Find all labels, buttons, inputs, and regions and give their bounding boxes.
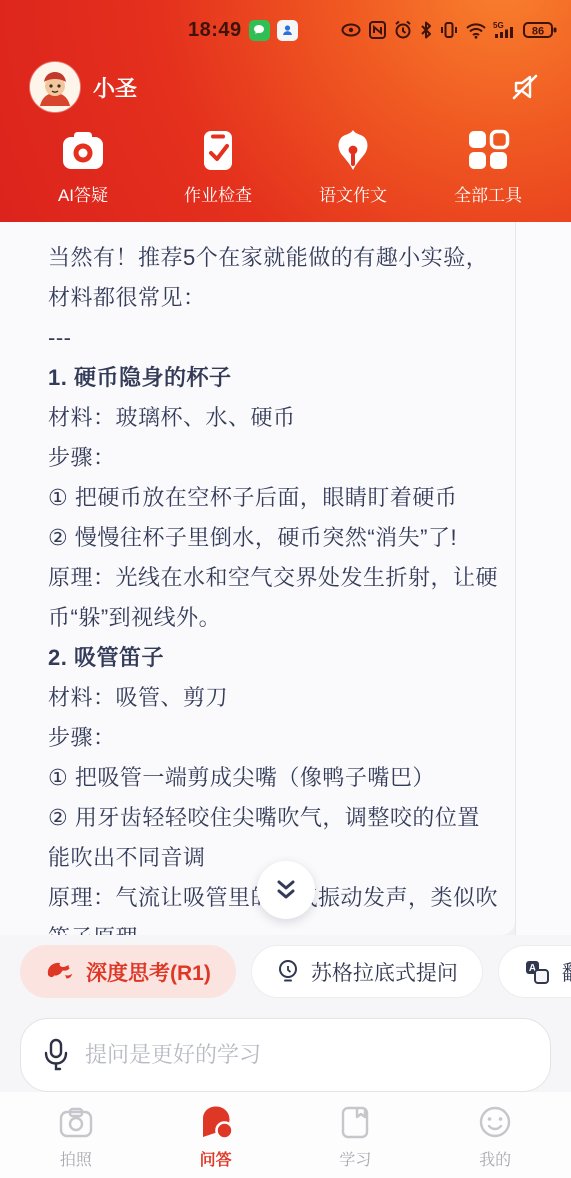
tool-chinese-essay[interactable]: 语文作文 (310, 126, 396, 206)
status-left: 18:49 (188, 19, 298, 42)
assistant-message: 当然有！推荐5个在家就能做的有趣小实验，材料都很常见：---1. 硬币隐身的杯子… (0, 222, 515, 935)
chip-label: 深度思考(R1) (86, 957, 211, 987)
message-paragraph: 材料：吸管、剪刀 (48, 678, 501, 718)
double-chevron-down-icon (271, 875, 301, 905)
nfc-icon (368, 20, 387, 40)
tool-all-tools[interactable]: 全部工具 (445, 126, 531, 206)
tool-label: 作业检查 (184, 181, 252, 206)
chat-bubble-tab-icon (196, 1102, 236, 1142)
tool-label: AI答疑 (58, 181, 108, 206)
message-paragraph: 材料：玻璃杯、水、硬币 (48, 398, 501, 438)
clipboard-check-icon (198, 126, 238, 172)
translate-chip[interactable]: A 翻译 (498, 945, 571, 998)
vibrate-icon (439, 20, 459, 40)
quick-actions-row: 深度思考(R1) 苏格拉底式提问 A 翻译 (0, 945, 571, 998)
chip-label: 翻译 (562, 957, 571, 987)
page-background (516, 222, 571, 935)
battery-icon: 86 (523, 20, 557, 40)
profile-row: 小圣 (0, 50, 571, 112)
message-paragraph: 原理：光线在水和空气交界处发生折射，让硬币“躲”到视线外。 (48, 558, 501, 638)
wechat-notification-icon (249, 20, 270, 41)
tab-qa[interactable]: 问答 (146, 1102, 286, 1170)
tab-profile[interactable]: 我的 (425, 1102, 565, 1170)
bluetooth-icon (419, 20, 433, 40)
tab-label: 问答 (200, 1147, 232, 1170)
username[interactable]: 小圣 (93, 72, 137, 103)
message-paragraph: ① 把吸管一端剪成尖嘴（像鸭子嘴巴） (48, 758, 501, 798)
tab-label: 拍照 (60, 1147, 92, 1170)
scroll-to-bottom-button[interactable] (257, 861, 315, 919)
bottom-panel: 深度思考(R1) 苏格拉底式提问 A 翻译 拍照 问答 (0, 935, 571, 1178)
tools-row: AI答疑 作业检查 语文作文 全部工具 (0, 112, 571, 206)
mute-speaker-icon[interactable] (507, 69, 543, 105)
alarm-icon (393, 20, 413, 40)
message-paragraph: ② 慢慢往杯子里倒水，硬币突然“消失”了! (48, 518, 501, 558)
camera-tab-icon (56, 1102, 96, 1142)
svg-text:86: 86 (532, 26, 544, 38)
tab-bar: 拍照 问答 学习 我的 (0, 1092, 571, 1178)
svg-text:5G: 5G (493, 21, 504, 30)
tool-homework-check[interactable]: 作业检查 (175, 126, 261, 206)
lightbulb-icon (276, 958, 300, 986)
grid-icon (466, 126, 510, 172)
clock: 18:49 (188, 19, 242, 42)
microphone-icon[interactable] (41, 1038, 71, 1072)
avatar[interactable] (30, 62, 80, 112)
tool-ai-answer[interactable]: AI答疑 (40, 126, 126, 206)
translate-icon: A (523, 958, 551, 986)
status-right: 5G 86 (340, 20, 557, 40)
message-paragraph: 步骤： (48, 718, 501, 758)
tab-study[interactable]: 学习 (286, 1102, 426, 1170)
socratic-question-chip[interactable]: 苏格拉底式提问 (251, 945, 483, 998)
question-input[interactable] (85, 1042, 530, 1068)
question-input-bar[interactable] (20, 1018, 551, 1092)
whale-icon (45, 960, 75, 984)
wifi-icon (465, 20, 487, 40)
tab-label: 我的 (479, 1147, 511, 1170)
signal-5g-icon: 5G (493, 20, 517, 40)
app-notification-icon (277, 20, 298, 41)
header: 18:49 5G 86 (0, 0, 571, 222)
tab-camera[interactable]: 拍照 (6, 1102, 146, 1170)
pen-nib-icon (331, 126, 375, 172)
deep-think-chip[interactable]: 深度思考(R1) (20, 945, 236, 998)
status-bar: 18:49 5G 86 (0, 0, 571, 50)
chat-scroll-area[interactable]: 当然有！推荐5个在家就能做的有趣小实验，材料都很常见：---1. 硬币隐身的杯子… (0, 222, 571, 935)
app-screen: 18:49 5G 86 (0, 0, 571, 1178)
message-paragraph: ① 把硬币放在空杯子后面，眼睛盯着硬币 (48, 478, 501, 518)
eye-protection-icon (340, 20, 362, 40)
tool-label: 语文作文 (319, 181, 387, 206)
message-paragraph: 步骤： (48, 438, 501, 478)
notebook-tab-icon (335, 1102, 375, 1142)
message-paragraph: 当然有！推荐5个在家就能做的有趣小实验，材料都很常见： (48, 238, 501, 318)
message-paragraph: 1. 硬币隐身的杯子 (48, 358, 501, 398)
camera-icon (59, 126, 107, 172)
chip-label: 苏格拉底式提问 (311, 957, 458, 987)
tab-label: 学习 (339, 1147, 371, 1170)
message-paragraph: --- (48, 318, 501, 358)
message-paragraph: 2. 吸管笛子 (48, 638, 501, 678)
smiley-tab-icon (475, 1102, 515, 1142)
tool-label: 全部工具 (454, 181, 522, 206)
